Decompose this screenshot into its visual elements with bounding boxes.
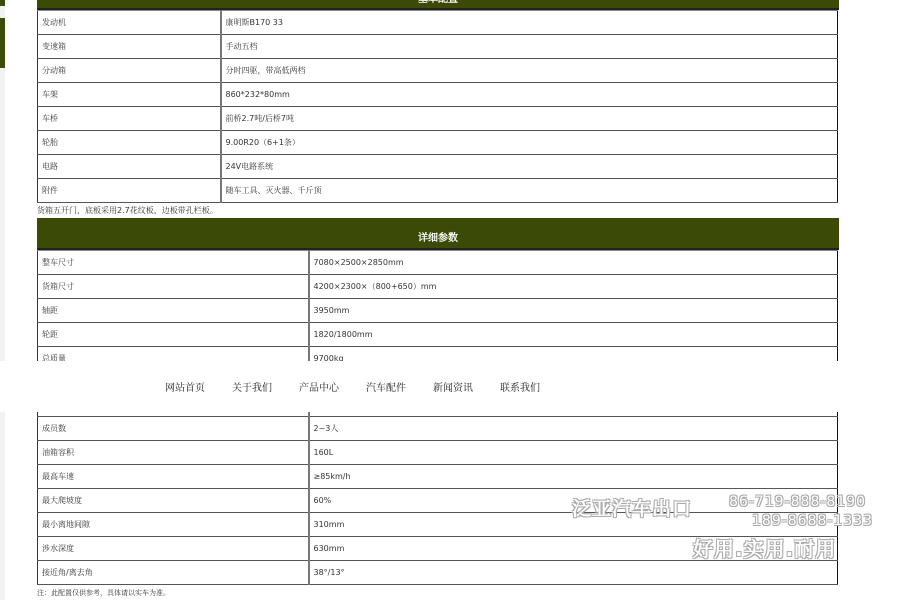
basic-config-table: 发动机康明斯B170 33变速箱手动五档分动箱分时四驱，带高低两档车架860*2… — [37, 10, 838, 203]
spec-label: 车桥 — [38, 107, 221, 131]
spec-value: 9.00R20（6+1条） — [221, 131, 838, 155]
spec-value: 4200×2300×（800+650）mm — [309, 275, 838, 299]
cargo-box-note: 货箱五开门，底板采用2.7花纹板，边板带孔栏板。 — [37, 205, 218, 216]
footnote: 注：此配置仅供参考，具体请以实车为准。 — [37, 588, 170, 598]
table-row: 成员数2~3人 — [38, 417, 838, 441]
nav-item[interactable]: 联系我们 — [500, 379, 540, 394]
spec-value: 860*232*80mm — [221, 83, 838, 107]
left-sidebar-strip — [0, 0, 5, 600]
spec-label: 最高车速 — [38, 465, 309, 489]
table-row: 最高车速≥85km/h — [38, 465, 838, 489]
detail-params-title: 详细参数 — [418, 233, 458, 244]
left-tab-marker-active — [0, 18, 5, 68]
spec-value: 24V电路系统 — [221, 155, 838, 179]
table-row: 车架860*232*80mm — [38, 83, 838, 107]
spec-value: 康明斯B170 33 — [221, 11, 838, 35]
table-row: 变速箱手动五档 — [38, 35, 838, 59]
spec-value: 3950mm — [309, 299, 838, 323]
spec-label: 附件 — [38, 179, 221, 203]
watermark-brand: 泛亚汽车出口 — [572, 494, 692, 521]
spec-label: 成员数 — [38, 417, 309, 441]
spec-label: 分动箱 — [38, 59, 221, 83]
spec-value: 手动五档 — [221, 35, 838, 59]
table-row: 油箱容积160L — [38, 441, 838, 465]
spec-label: 最大爬坡度 — [38, 489, 309, 513]
spec-label: 车架 — [38, 83, 221, 107]
spec-value: 分时四驱，带高低两档 — [221, 59, 838, 83]
table-row: 车桥前桥2.7吨/后桥7吨 — [38, 107, 838, 131]
table-row: 轮胎9.00R20（6+1条） — [38, 131, 838, 155]
site-nav-bar: 网站首页关于我们产品中心汽车配件新闻资讯联系我们 — [0, 361, 900, 412]
spec-label: 整车尺寸 — [38, 251, 309, 275]
table-row: 发动机康明斯B170 33 — [38, 11, 838, 35]
detail-params-table-top: 整车尺寸7080×2500×2850mm货箱尺寸4200×2300×（800+6… — [37, 250, 838, 371]
spec-label: 货箱尺寸 — [38, 275, 309, 299]
spec-label: 变速箱 — [38, 35, 221, 59]
table-row: 接近角/离去角38°/13° — [38, 561, 838, 585]
spec-label: 发动机 — [38, 11, 221, 35]
table-row: 轮距1820/1800mm — [38, 323, 838, 347]
spec-label: 轮距 — [38, 323, 309, 347]
table-row: 分动箱分时四驱，带高低两档 — [38, 59, 838, 83]
basic-config-title: 基本配置 — [418, 0, 458, 5]
spec-value: ≥85km/h — [309, 465, 838, 489]
spec-label: 电路 — [38, 155, 221, 179]
table-row: 附件随车工具、灭火器、千斤顶 — [38, 179, 838, 203]
spec-label: 接近角/离去角 — [38, 561, 309, 585]
table-row: 整车尺寸7080×2500×2850mm — [38, 251, 838, 275]
spec-value: 7080×2500×2850mm — [309, 251, 838, 275]
spec-label: 油箱容积 — [38, 441, 309, 465]
left-tab-marker — [0, 0, 5, 6]
nav-item[interactable]: 产品中心 — [299, 379, 339, 394]
spec-value: 前桥2.7吨/后桥7吨 — [221, 107, 838, 131]
spec-label: 轮胎 — [38, 131, 221, 155]
table-row: 电路24V电路系统 — [38, 155, 838, 179]
table-row: 轴距3950mm — [38, 299, 838, 323]
spec-label: 最小离地间隙 — [38, 513, 309, 537]
watermark-phone-2: 189-8688-1333 — [752, 513, 873, 529]
nav-item[interactable]: 新闻资讯 — [433, 379, 473, 394]
spec-value: 2~3人 — [309, 417, 838, 441]
spec-value: 38°/13° — [309, 561, 838, 585]
nav-item[interactable]: 网站首页 — [165, 379, 205, 394]
spec-label: 轴距 — [38, 299, 309, 323]
table-row: 货箱尺寸4200×2300×（800+650）mm — [38, 275, 838, 299]
nav-item[interactable]: 汽车配件 — [366, 379, 406, 394]
watermark-phone-1: 86-719-888-8190 — [729, 494, 866, 510]
basic-config-header: 基本配置 — [37, 0, 839, 10]
spec-value: 1820/1800mm — [309, 323, 838, 347]
spec-value: 160L — [309, 441, 838, 465]
spec-value: 随车工具、灭火器、千斤顶 — [221, 179, 838, 203]
nav-list: 网站首页关于我们产品中心汽车配件新闻资讯联系我们 — [165, 379, 567, 394]
watermark-slogan: 好用.实用.耐用 — [693, 533, 836, 562]
table-row: 最大爬坡度60% — [38, 489, 838, 513]
nav-item[interactable]: 关于我们 — [232, 379, 272, 394]
detail-params-header: 详细参数 — [37, 218, 839, 250]
spec-label: 涉水深度 — [38, 537, 309, 561]
